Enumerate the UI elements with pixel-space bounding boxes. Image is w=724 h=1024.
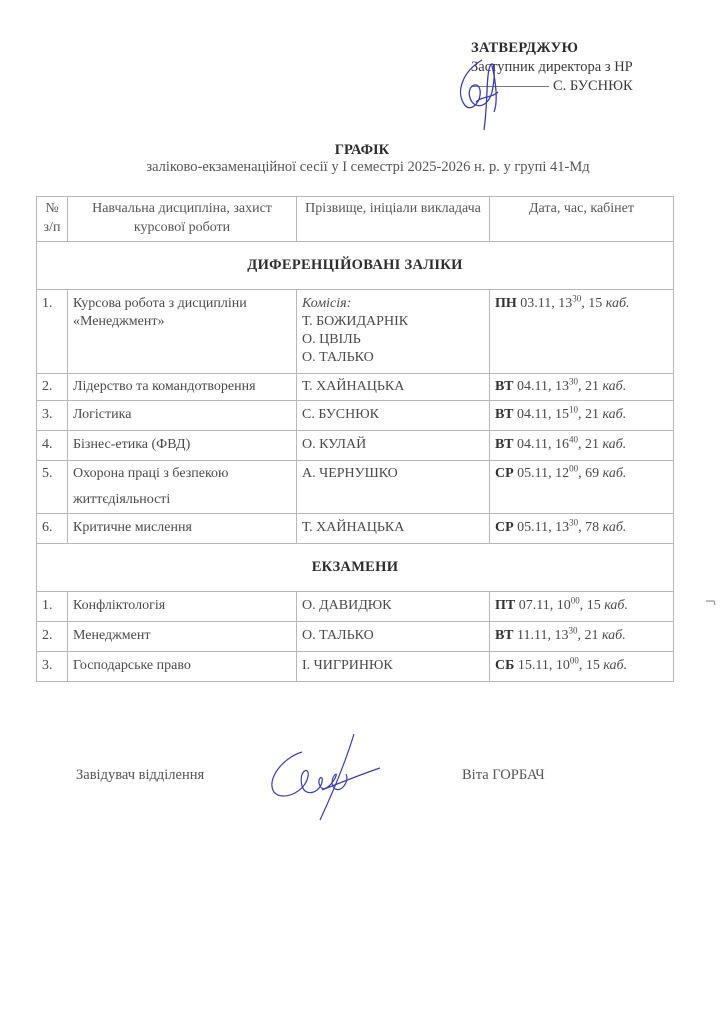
room-suffix: каб. xyxy=(602,628,626,643)
row-discipline: Логістика xyxy=(68,401,297,431)
room-suffix: каб. xyxy=(603,658,627,673)
room: 78 xyxy=(585,520,599,535)
room: 15 xyxy=(586,658,600,673)
row-teacher: А. ЧЕРНУШКО xyxy=(297,461,490,514)
row-teacher: С. БУСНЮК xyxy=(297,401,490,431)
row-discipline: Господарське право xyxy=(68,652,297,682)
date: 03.11 xyxy=(520,296,551,311)
minutes: 10 xyxy=(569,404,578,414)
hour: 13 xyxy=(558,296,572,311)
signature-department-head-icon xyxy=(262,730,382,825)
table-row: 6.Критичне мисленняТ. ХАЙНАЦЬКАСР 05.11,… xyxy=(37,514,674,544)
room-suffix: каб. xyxy=(602,407,626,422)
room-suffix: каб. xyxy=(604,598,628,613)
date: 11.11 xyxy=(517,628,547,643)
row-number: 1. xyxy=(37,592,68,622)
row-number: 6. xyxy=(37,514,68,544)
row-datetime: ВТ 11.11, 1330, 21 каб. xyxy=(490,622,674,652)
header-date: Дата, час, кабінет xyxy=(490,197,674,242)
room-suffix: каб. xyxy=(602,437,626,452)
row-number: 2. xyxy=(37,622,68,652)
row-datetime: ПН 03.11, 1330, 15 каб. xyxy=(490,290,674,374)
table-row: 1.Курсова робота з дисципліни «Менеджмен… xyxy=(37,290,674,374)
row-discipline: Бізнес-етика (ФВД) xyxy=(68,431,297,461)
document-title: ГРАФІК xyxy=(0,142,724,159)
room: 21 xyxy=(585,407,599,422)
footer-name: Віта ГОРБАЧ xyxy=(462,767,545,784)
hour: 10 xyxy=(557,598,571,613)
row-number: 4. xyxy=(37,431,68,461)
minutes: 40 xyxy=(569,434,578,444)
day-of-week: СР xyxy=(495,520,514,535)
footer-role: Завідувач відділення xyxy=(76,767,204,784)
row-number: 1. xyxy=(37,290,68,374)
row-discipline: Лідерство та командотворення xyxy=(68,374,297,401)
scan-mark-icon xyxy=(706,600,716,606)
section-title: ДИФЕРЕНЦІЙОВАНІ ЗАЛІКИ xyxy=(37,242,674,290)
schedule-body: ДИФЕРЕНЦІЙОВАНІ ЗАЛІКИ1.Курсова робота з… xyxy=(37,242,674,682)
hour: 12 xyxy=(555,466,569,481)
room: 69 xyxy=(585,466,599,481)
room-suffix: каб. xyxy=(603,520,627,535)
row-number: 3. xyxy=(37,652,68,682)
row-discipline: Курсова робота з дисципліни «Менеджмент» xyxy=(68,290,297,374)
minutes: 30 xyxy=(569,376,578,386)
day-of-week: ПН xyxy=(495,296,517,311)
commission-member: О. ЦВІЛЬ xyxy=(302,331,484,349)
room-suffix: каб. xyxy=(603,466,627,481)
table-header-row: № з/п Навчальна дисципліна, захист курсо… xyxy=(37,197,674,242)
table-row: 2.Лідерство та командотворенняТ. ХАЙНАЦЬ… xyxy=(37,374,674,401)
row-datetime: ВТ 04.11, 1330, 21 каб. xyxy=(490,374,674,401)
row-discipline: Критичне мислення xyxy=(68,514,297,544)
row-number: 3. xyxy=(37,401,68,431)
room: 21 xyxy=(585,379,599,394)
date: 07.11 xyxy=(519,598,550,613)
approval-name: С. БУСНЮК xyxy=(553,78,633,94)
minutes: 30 xyxy=(572,293,581,303)
commission-member: О. ТАЛЬКО xyxy=(302,349,484,367)
commission-member: Т. БОЖИДАРНІК xyxy=(302,313,484,331)
row-discipline: Конфліктологія xyxy=(68,592,297,622)
section-row: ДИФЕРЕНЦІЙОВАНІ ЗАЛІКИ xyxy=(37,242,674,290)
minutes: 30 xyxy=(569,517,578,527)
date: 04.11 xyxy=(517,407,548,422)
row-discipline: Менеджмент xyxy=(68,622,297,652)
minutes: 00 xyxy=(571,595,580,605)
hour: 13 xyxy=(554,628,568,643)
day-of-week: ВТ xyxy=(495,379,514,394)
minutes: 00 xyxy=(570,655,579,665)
row-teacher: Т. ХАЙНАЦЬКА xyxy=(297,374,490,401)
schedule-table: № з/п Навчальна дисципліна, захист курсо… xyxy=(36,196,674,682)
date: 05.11 xyxy=(517,520,548,535)
day-of-week: ВТ xyxy=(495,628,514,643)
header-teacher: Прізвище, ініціали викладача xyxy=(297,197,490,242)
row-teacher: О. ДАВИДЮК xyxy=(297,592,490,622)
section-row: ЕКЗАМЕНИ xyxy=(37,544,674,592)
hour: 13 xyxy=(555,520,569,535)
day-of-week: ВТ xyxy=(495,437,514,452)
hour: 15 xyxy=(555,407,569,422)
row-datetime: СР 05.11, 1200, 69 каб. xyxy=(490,461,674,514)
table-row: 3.ЛогістикаС. БУСНЮКВТ 04.11, 1510, 21 к… xyxy=(37,401,674,431)
header-discipline: Навчальна дисципліна, захист курсової ро… xyxy=(68,197,297,242)
row-datetime: ВТ 04.11, 1640, 21 каб. xyxy=(490,431,674,461)
day-of-week: СР xyxy=(495,466,514,481)
room: 21 xyxy=(584,628,598,643)
row-teacher: І. ЧИГРИНЮК xyxy=(297,652,490,682)
date: 04.11 xyxy=(517,379,548,394)
date: 05.11 xyxy=(517,466,548,481)
signature-deputy-director-icon xyxy=(452,52,512,132)
day-of-week: ПТ xyxy=(495,598,515,613)
room-suffix: каб. xyxy=(602,379,626,394)
row-number: 5. xyxy=(37,461,68,514)
hour: 13 xyxy=(555,379,569,394)
date: 04.11 xyxy=(517,437,548,452)
minutes: 30 xyxy=(568,625,577,635)
row-datetime: СБ 15.11, 1000, 15 каб. xyxy=(490,652,674,682)
row-teacher: Т. ХАЙНАЦЬКА xyxy=(297,514,490,544)
row-number: 2. xyxy=(37,374,68,401)
row-datetime: ПТ 07.11, 1000, 15 каб. xyxy=(490,592,674,622)
minutes: 00 xyxy=(569,463,578,473)
room: 15 xyxy=(587,598,601,613)
day-of-week: ВТ xyxy=(495,407,514,422)
table-row: 4.Бізнес-етика (ФВД)О. КУЛАЙВТ 04.11, 16… xyxy=(37,431,674,461)
header-number: № з/п xyxy=(37,197,68,242)
room: 21 xyxy=(585,437,599,452)
row-teacher: О. КУЛАЙ xyxy=(297,431,490,461)
table-row: 3.Господарське правоІ. ЧИГРИНЮКСБ 15.11,… xyxy=(37,652,674,682)
row-teacher: Комісія:Т. БОЖИДАРНІКО. ЦВІЛЬО. ТАЛЬКО xyxy=(297,290,490,374)
row-datetime: ВТ 04.11, 1510, 21 каб. xyxy=(490,401,674,431)
document-subtitle: заліково-екзаменаційної сесії у І семест… xyxy=(0,159,724,176)
hour: 16 xyxy=(555,437,569,452)
row-datetime: СР 05.11, 1330, 78 каб. xyxy=(490,514,674,544)
section-title: ЕКЗАМЕНИ xyxy=(37,544,674,592)
room-suffix: каб. xyxy=(606,296,630,311)
table-row: 1.КонфліктологіяО. ДАВИДЮКПТ 07.11, 1000… xyxy=(37,592,674,622)
table-row: 2.МенеджментО. ТАЛЬКОВТ 11.11, 1330, 21 … xyxy=(37,622,674,652)
row-discipline: Охорона праці з безпекою життєдіяльності xyxy=(68,461,297,514)
table-row: 5.Охорона праці з безпекою життєдіяльнос… xyxy=(37,461,674,514)
day-of-week: СБ xyxy=(495,658,514,673)
commission-label: Комісія: xyxy=(302,295,484,313)
date: 15.11 xyxy=(518,658,549,673)
room: 15 xyxy=(588,296,602,311)
hour: 10 xyxy=(556,658,570,673)
row-teacher: О. ТАЛЬКО xyxy=(297,622,490,652)
